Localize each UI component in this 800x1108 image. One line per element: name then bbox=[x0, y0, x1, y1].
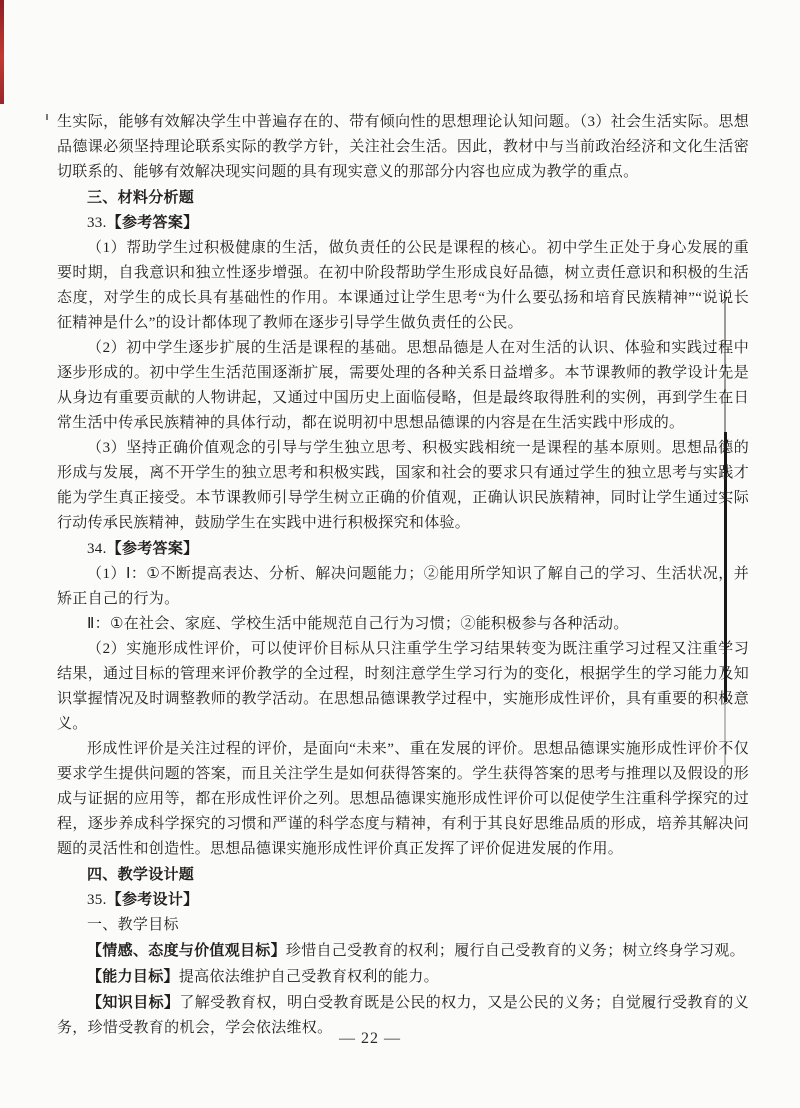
paragraph-34-2: Ⅱ：①在社会、家庭、学校生活中能规范自己行为习惯；②能积极参与各种活动。 bbox=[57, 612, 749, 637]
page-number: — 22 — bbox=[20, 1030, 720, 1048]
paragraph-continuation: 生实际，能够有效解决学生中普遍存在的、带有倾向性的思想理论认知问题。（3）社会生… bbox=[57, 110, 749, 185]
section-heading-four: 四、教学设计题 bbox=[57, 862, 749, 887]
section-heading-three: 三、材料分析题 bbox=[57, 185, 749, 210]
bracket-label: 【参考设计】 bbox=[107, 891, 199, 908]
scanned-document-page: 生实际，能够有效解决学生中普遍存在的、带有倾向性的思想理论认知问题。（3）社会生… bbox=[0, 0, 800, 1108]
scan-artifact-left-red-bar bbox=[0, 0, 4, 104]
paragraph-objectives-title: 一、教学目标 bbox=[57, 913, 749, 938]
page-body: 生实际，能够有效解决学生中普遍存在的、带有倾向性的思想理论认知问题。（3）社会生… bbox=[57, 110, 749, 1041]
scan-artifact-speck bbox=[46, 114, 48, 120]
paragraph-33-1: （1）帮助学生过积极健康的生活，做负责任的公民是课程的核心。初中学生正处于身心发… bbox=[57, 236, 749, 336]
answer-heading-34: 34.【参考答案】 bbox=[57, 536, 749, 562]
design-heading-35: 35.【参考设计】 bbox=[57, 887, 749, 913]
paragraph-34-3: （2）实施形成性评价，可以使评价目标从只注重学生学习结果转变为既注重学习过程又注… bbox=[57, 637, 749, 737]
bracket-label: 【参考答案】 bbox=[107, 214, 199, 231]
bracket-label: 【参考答案】 bbox=[107, 540, 199, 557]
item-number: 34. bbox=[87, 541, 107, 557]
objective-label: 【情感、态度与价值观目标】 bbox=[87, 942, 286, 959]
paragraph-33-3: （3）坚持正确价值观念的引导与学生独立思考、积极实践相统一是课程的基本原则。思想… bbox=[57, 436, 749, 536]
paragraph-objective-affective: 【情感、态度与价值观目标】珍惜自己受教育的权利；履行自己受教育的义务；树立终身学… bbox=[57, 938, 749, 964]
answer-heading-33: 33.【参考答案】 bbox=[57, 210, 749, 236]
objective-text: 珍惜自己受教育的权利；履行自己受教育的义务；树立终身学习观。 bbox=[286, 943, 745, 959]
item-number: 35. bbox=[87, 892, 107, 908]
paragraph-34-1: （1）Ⅰ：①不断提高表达、分析、解决问题能力；②能用所学知识了解自己的学习、生活… bbox=[57, 562, 749, 612]
paragraph-objective-ability: 【能力目标】提高依法维护自己受教育权利的能力。 bbox=[57, 964, 749, 990]
paragraph-34-4: 形成性评价是关注过程的评价，是面向“未来”、重在发展的评价。思想品德课实施形成性… bbox=[57, 737, 749, 862]
item-number: 33. bbox=[87, 215, 107, 231]
objective-text: 提高依法维护自己受教育权利的能力。 bbox=[179, 969, 439, 985]
objective-label: 【知识目标】 bbox=[87, 994, 179, 1011]
objective-label: 【能力目标】 bbox=[87, 968, 179, 985]
paragraph-33-2: （2）初中学生逐步扩展的生活是课程的基础。思想品德是人在对生活的认识、体验和实践… bbox=[57, 336, 749, 436]
